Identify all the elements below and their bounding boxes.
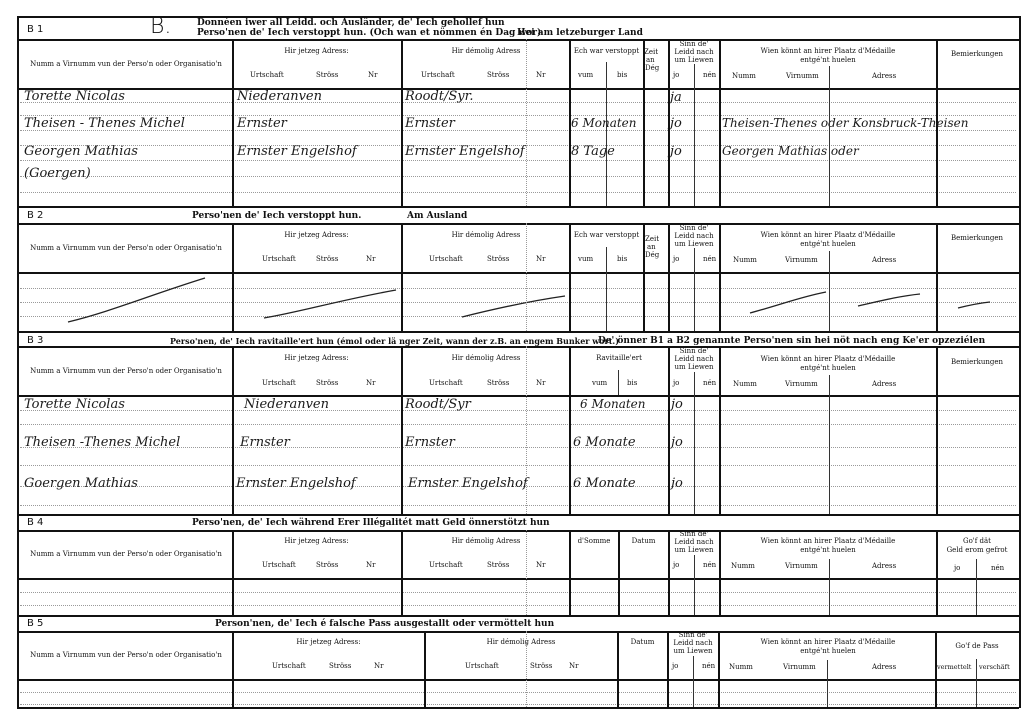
col-divider [668,346,670,514]
b3-row3-current: Ernster Engelshof [236,476,356,491]
header-urtschaft: Urtschaft [429,561,463,570]
dotted-line [20,704,1016,705]
header-stross: Ströss [316,561,338,570]
b3-row1-current: Niederanven [244,397,329,412]
header-virnumm: Virnumm [783,663,816,672]
section-label-b5: B 5 [27,618,43,629]
header-datum: Datum [619,537,668,546]
header-numm: Numm [733,380,757,389]
col-divider [719,346,721,514]
header-urtschaft: Urtschaft [465,662,499,671]
b3-row3-name: Goergen Mathias [24,476,138,491]
header-numm: Numm [731,562,755,571]
divider [17,395,1019,397]
header-vermettelt: vermettelt [937,663,971,672]
header-name: Numm a Virnumm vun der Perso'n oder Orga… [20,550,232,559]
b3-row3-alive: jo [671,476,683,491]
section-label-b4: B 4 [27,517,43,528]
col-divider [829,559,830,615]
header-nen: nén [991,564,1004,573]
bottom-border [17,707,1019,709]
col-divider [829,375,830,514]
b3-row2-period: 6 Monate [573,435,636,450]
col-divider [827,660,828,707]
divider [17,346,1019,348]
col-divider [936,346,938,514]
col-divider [526,223,527,331]
col-divider [569,223,571,331]
b3-row2-name: Theisen -Thenes Michel [24,435,180,450]
header-nr: Nr [366,561,375,570]
col-divider [526,631,527,707]
b3-row1-period: 6 Monaten [580,397,646,411]
col-divider [694,372,695,514]
header-nen: nén [703,379,716,388]
col-divider [424,631,426,707]
header-former-address: Hir démolig Adress [402,537,570,546]
dotted-line [20,605,1016,606]
header-remarks: Bemierkungen [937,358,1017,367]
section-divider [17,615,1019,617]
header-somme: d'Somme [570,537,618,546]
header-stross: Ströss [487,379,509,388]
col-divider [232,346,234,514]
header-stross: Ströss [487,561,509,570]
header-stross: Ströss [316,379,338,388]
section-divider [17,331,1019,333]
dotted-line [20,692,1016,693]
header-bis: bis [627,379,637,388]
section-title-b5: Person'nen, de' Iech é falsche Pass ausg… [215,619,554,629]
header-current-address: Hir jetzeg Adress: [233,537,400,546]
b3-row3-period: 6 Monate [573,476,636,491]
header-nen: nén [702,662,715,671]
divider [17,578,1019,580]
dotted-line [20,465,1016,466]
header-virnumm: Virnumm [785,380,818,389]
col-divider [936,530,938,615]
header-pass: Go'f de Pass [937,642,1017,651]
col-divider [935,631,937,707]
col-divider [668,530,670,615]
header-ravitaille: Ravitaille'ert [570,354,668,363]
dotted-line [20,424,1016,425]
col-divider [667,631,669,707]
col-divider [829,251,830,331]
header-name: Numm a Virnumm vun der Perso'n oder Orga… [20,651,232,660]
header-numm: Numm [729,663,753,672]
col-divider [719,530,721,615]
header-urtschaft: Urtschaft [262,379,296,388]
col-divider [976,659,977,707]
col-divider [526,346,527,514]
col-divider [526,530,527,615]
b3-row2-current: Ernster [240,435,290,450]
header-jo: jo [673,561,679,570]
header-verschaft: verschäft [979,663,1010,672]
header-nr: Nr [366,379,375,388]
col-divider [694,555,695,615]
dotted-line [20,592,1016,593]
header-medal: entgé'nt huelen [720,647,936,656]
header-medal: entgé'nt huelen [720,364,936,373]
section-title-b3: Perso'nen, de' Iech ravitaille'ert hun (… [170,336,619,346]
col-divider [617,631,619,707]
header-urtschaft: Urtschaft [272,662,306,671]
header-datum: Datum [618,638,667,647]
col-divider [618,370,619,395]
dotted-line [20,410,1016,411]
header-current-address: Hir jetzeg Adress: [233,638,424,647]
header-medal: Wien könnt an hirer Plaatz d'Médaille [720,638,936,647]
col-divider [718,631,720,707]
divider [17,679,1019,681]
header-urtschaft: Urtschaft [429,379,463,388]
section-note-b3: De' önner B1 a B2 genannte Perso'nen sin… [598,336,985,346]
col-divider [668,223,670,331]
b3-row1-alive: jo [671,397,683,412]
b3-row3-former: Ernster Engelshof [408,476,528,491]
col-divider [606,247,607,331]
header-stross: Ströss [329,662,351,671]
col-divider [694,248,695,331]
b3-row1-name: Torette Nicolas [24,397,125,412]
dotted-line [20,505,1016,506]
header-alive: um Liewen [668,647,718,656]
header-nr: Nr [536,561,545,570]
section-divider [17,514,1019,516]
b3-row1-former: Roodt/Syr [405,397,471,412]
header-nr: Nr [536,379,545,388]
col-divider [401,223,403,331]
header-former-address: Hir démolig Adress [425,638,617,647]
header-nen: nén [703,561,716,570]
header-virnumm: Virnumm [785,562,818,571]
col-divider [719,223,721,331]
col-divider [936,223,938,331]
col-divider [643,223,645,331]
col-divider [401,530,403,615]
header-medal: Wien könnt an hirer Plaatz d'Médaille [720,355,936,364]
header-alive: um Liewen [669,363,719,372]
col-divider [232,530,234,615]
header-vum: vum [592,379,607,388]
b3-row2-former: Ernster [405,435,455,450]
divider [17,631,1019,633]
b3-row2-alive: jo [671,435,683,450]
header-jo: jo [954,564,960,573]
header-money: Geld erom gefrot [937,546,1017,555]
header-adress: Adress [872,562,896,571]
col-divider [976,559,977,615]
header-jo: jo [672,662,678,671]
header-former-address: Hir démolig Adress [402,354,570,363]
header-stross: Ströss [530,662,552,671]
header-nr: Nr [374,662,383,671]
col-divider [693,656,694,707]
col-divider [401,346,403,514]
section-title-b4: Perso'nen, de' Iech während Erer Illégal… [192,518,550,528]
col-divider [569,530,571,615]
header-medal: entgé'nt huelen [720,546,936,555]
col-divider [232,631,234,707]
header-medal: Wien könnt an hirer Plaatz d'Médaille [720,537,936,546]
header-nr: Nr [569,662,578,671]
header-adress: Adress [872,380,896,389]
section-label-b3: B 3 [27,335,43,346]
header-name: Numm a Virnumm vun der Perso'n oder Orga… [20,367,232,376]
header-jo: jo [673,379,679,388]
header-adress: Adress [872,663,896,672]
col-divider [232,223,234,331]
col-divider [618,530,620,615]
header-alive: um Liewen [669,546,719,555]
header-urtschaft: Urtschaft [262,561,296,570]
header-money: Go'f dät [937,537,1017,546]
divider [17,530,1019,532]
col-divider [569,346,571,514]
header-current-address: Hir jetzeg Adress: [233,354,400,363]
